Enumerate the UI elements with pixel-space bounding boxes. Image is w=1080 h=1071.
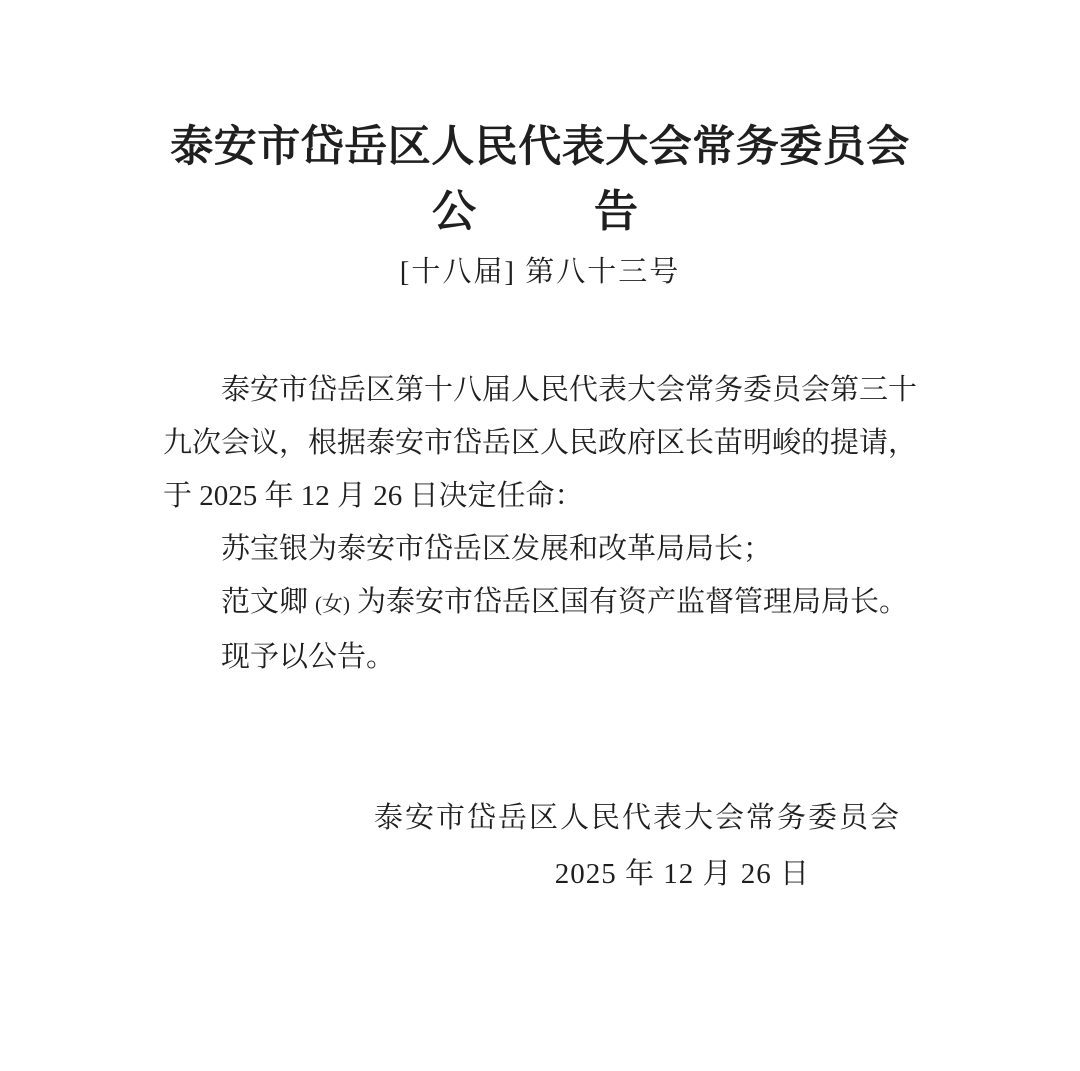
signature-date: 2025 年 12 月 26 日	[163, 848, 917, 901]
appointment-text: 为泰安市岱岳区国有资产监督管理局局长。	[357, 586, 908, 618]
appointment-line-1: 苏宝银为泰安市岱岳区发展和改革局局长；	[163, 523, 917, 576]
closing-line: 现予以公告。	[163, 631, 917, 684]
appointee-name: 范文卿	[221, 586, 308, 618]
document-body: 泰安市岱岳区第十八届人民代表大会常务委员会第三十九次会议，根据泰安市岱岳区人民政…	[163, 364, 917, 684]
announcement-document-page: 泰安市岱岳区人民代表大会常务委员会 公 告 [十八届] 第八十三号 泰安市岱岳区…	[0, 0, 1080, 1071]
signature-organization: 泰安市岱岳区人民代表大会常务委员会	[163, 792, 917, 845]
document-content: 泰安市岱岳区人民代表大会常务委员会 公 告 [十八届] 第八十三号 泰安市岱岳区…	[0, 0, 1080, 1071]
gender-note: (女)	[315, 592, 350, 616]
appointment-line-2: 范文卿(女)为泰安市岱岳区国有资产监督管理局局长。	[163, 576, 917, 631]
paragraph-intro: 泰安市岱岳区第十八届人民代表大会常务委员会第三十九次会议，根据泰安市岱岳区人民政…	[163, 364, 917, 523]
document-number: [十八届] 第八十三号	[163, 252, 917, 292]
document-title-second-line: 公 告	[163, 182, 917, 242]
document-title: 泰安市岱岳区人民代表大会常务委员会	[163, 118, 917, 178]
